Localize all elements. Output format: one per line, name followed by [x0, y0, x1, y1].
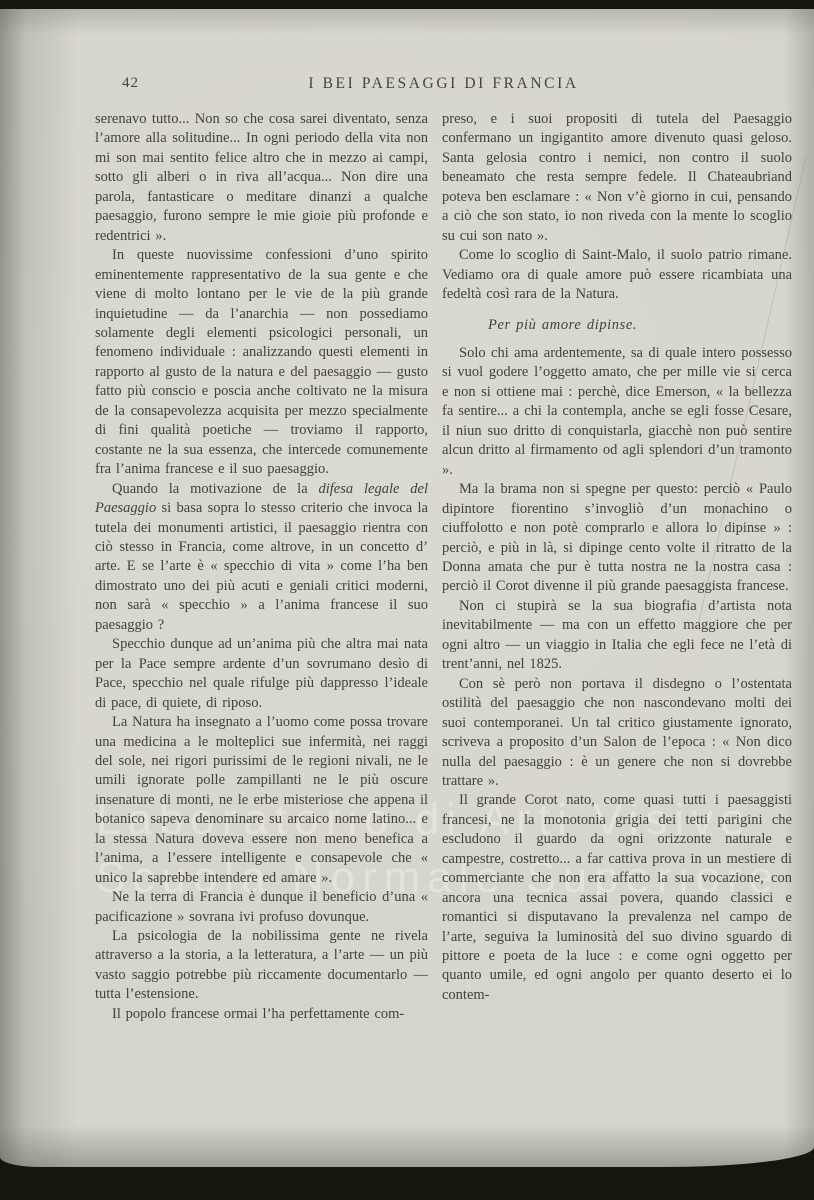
page-number: 42: [122, 75, 139, 92]
text-run: Il popolo francese ormai l’ha perfettame…: [112, 1006, 404, 1022]
text-run: si basa sopra lo stesso criterio che inv…: [95, 500, 428, 633]
text-run: Il grande Corot nato, come quasi tutti i…: [442, 792, 792, 1003]
paragraph: Quando la motivazione de la difesa legal…: [95, 480, 428, 636]
text-run: Non ci stupirà se la sua biografia d’art…: [442, 598, 792, 672]
paragraph: Con sè però non portava il disdegno o l’…: [442, 675, 792, 792]
paragraph: La psicologia de la nobilissima gente ne…: [95, 927, 428, 1005]
paragraph: La Natura ha insegnato a l’uomo come pos…: [95, 713, 428, 888]
paragraph: Ma la brama non si spegne per questo: pe…: [442, 480, 792, 597]
paragraph: Come lo scoglio di Saint-Malo, il suolo …: [442, 246, 792, 304]
right-column: preso, e i suoi propositi di tutela del …: [442, 110, 792, 1024]
text-run: Ne la terra di Francia è dunque il benef…: [95, 889, 428, 924]
text-run: Solo chi ama ardentemente, sa di quale i…: [442, 345, 792, 478]
paragraph: Ne la terra di Francia è dunque il benef…: [95, 888, 428, 927]
left-column: serenavo tutto... Non so che cosa sarei …: [95, 110, 428, 1024]
text-run: serenavo tutto... Non so che cosa sarei …: [95, 111, 428, 244]
paragraph: Non ci stupirà se la sua biografia d’art…: [442, 597, 792, 675]
text-run: In queste nuovissime confessioni d’uno s…: [95, 247, 428, 477]
paragraph: In queste nuovissime confessioni d’uno s…: [95, 246, 428, 479]
text-run: preso, e i suoi propositi di tutela del …: [442, 111, 792, 244]
screenshot-root: { "page": { "number": "42", "running_tit…: [0, 0, 814, 1200]
text-run: Specchio dunque ad un’anima più che altr…: [95, 636, 428, 710]
paragraph: preso, e i suoi propositi di tutela del …: [442, 110, 792, 246]
running-title: I BEI PAESAGGI DI FRANCIA: [95, 75, 792, 93]
paragraph: Il popolo francese ormai l’ha perfettame…: [95, 1005, 428, 1024]
text-run: Con sè però non portava il disdegno o l’…: [442, 676, 792, 789]
text-run: Ma la brama non si spegne per questo: pe…: [442, 481, 792, 594]
text-run: Come lo scoglio di Saint-Malo, il suolo …: [442, 247, 792, 302]
paragraph: Il grande Corot nato, come quasi tutti i…: [442, 791, 792, 1005]
section-heading: Per più amore dipinse.: [488, 316, 792, 335]
text-columns: serenavo tutto... Non so che cosa sarei …: [95, 110, 792, 1024]
text-run: Quando la motivazione de la: [112, 481, 319, 497]
italic-text-run: Per più amore dipinse.: [488, 317, 637, 333]
paragraph: serenavo tutto... Non so che cosa sarei …: [95, 110, 428, 246]
paragraph: Specchio dunque ad un’anima più che altr…: [95, 635, 428, 713]
page-header: 42 I BEI PAESAGGI DI FRANCIA: [95, 75, 792, 97]
text-run: La Natura ha insegnato a l’uomo come pos…: [95, 714, 428, 886]
paragraph: Solo chi ama ardentemente, sa di quale i…: [442, 344, 792, 480]
book-page: Laboratorio di Arti Visive Scuola Normal…: [0, 9, 814, 1167]
text-run: La psicologia de la nobilissima gente ne…: [95, 928, 428, 1002]
